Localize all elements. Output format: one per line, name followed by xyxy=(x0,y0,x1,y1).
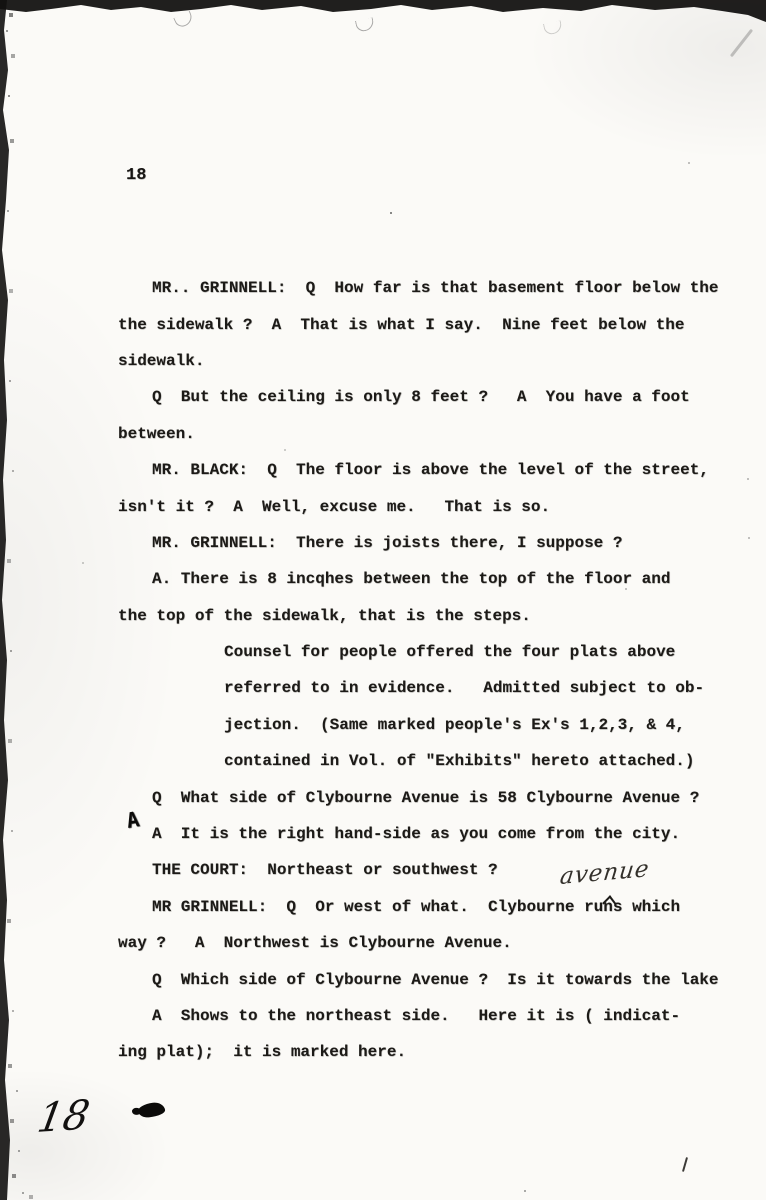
transcript-line: MR GRINNELL: Q Or west of what. Clybourn… xyxy=(0,889,766,925)
transcript-line: jection. (Same marked people's Ex's 1,2,… xyxy=(0,707,766,743)
transcript-line: sidewalk. xyxy=(0,343,766,379)
transcript-line: referred to in evidence. Admitted subjec… xyxy=(0,670,766,706)
smudge-mark-1 xyxy=(173,11,194,29)
transcript-line: Q But the ceiling is only 8 feet ? A You… xyxy=(0,379,766,415)
transcript-line: ing plat); it is marked here. xyxy=(0,1034,766,1070)
typed-page-number: 18 xyxy=(126,166,146,185)
smudge-mark-2 xyxy=(355,17,375,32)
transcript-line: Q Which side of Clybourne Avenue ? Is it… xyxy=(0,961,766,997)
transcript-line: A. There is 8 incqhes between the top of… xyxy=(0,561,766,597)
ink-blot xyxy=(137,1101,166,1118)
transcript-line: the top of the sidewalk, that is the ste… xyxy=(0,598,766,634)
transcript-line: MR. BLACK: Q The floor is above the leve… xyxy=(0,452,766,488)
transcript-line: A It is the right hand-side as you come … xyxy=(0,816,766,852)
transcript-line: MR.. GRINNELL: Q How far is that basemen… xyxy=(0,270,766,306)
transcript-line: MR. GRINNELL: There is joists there, I s… xyxy=(0,525,766,561)
transcript-line: Counsel for people offered the four plat… xyxy=(0,634,766,670)
scan-edge-top xyxy=(0,0,766,24)
scan-corner-smudge xyxy=(730,29,753,58)
transcript-line: contained in Vol. of "Exhibits" hereto a… xyxy=(0,743,766,779)
smudge-mark-3 xyxy=(543,20,563,35)
stray-pen-stroke xyxy=(682,1157,688,1172)
transcript-lines: MR.. GRINNELL: Q How far is that basemen… xyxy=(0,270,766,1071)
transcript-line: Q What side of Clybourne Avenue is 58 Cl… xyxy=(0,779,766,815)
transcript-line: THE COURT: Northeast or southwest ? xyxy=(0,852,766,888)
transcript-line: way ? A Northwest is Clybourne Avenue. xyxy=(0,925,766,961)
transcript-line: A Shows to the northeast side. Here it i… xyxy=(0,998,766,1034)
transcript-line: isn't it ? A Well, excuse me. That is so… xyxy=(0,488,766,524)
transcript-line: between. xyxy=(0,416,766,452)
scan-noise-speckles xyxy=(0,0,2,2)
transcript-line: the sidewalk ? A That is what I say. Nin… xyxy=(0,306,766,342)
handwritten-page-number: 18 xyxy=(34,1092,93,1142)
scanned-transcript-page: 18 MR.. GRINNELL: Q How far is that base… xyxy=(0,0,766,1200)
